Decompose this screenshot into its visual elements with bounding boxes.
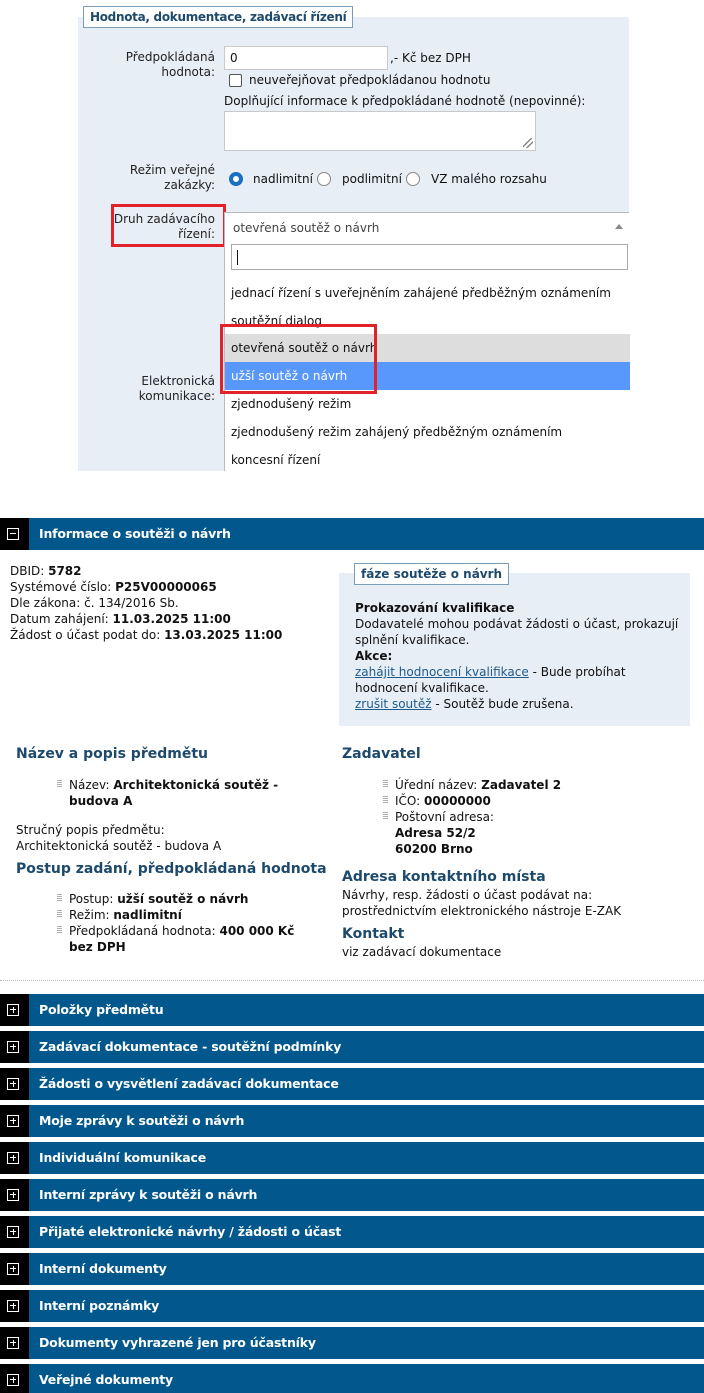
actions-label: Akce:	[355, 648, 690, 664]
phase-title: Prokazování kvalifikace	[355, 600, 690, 616]
highlight-box-label	[111, 204, 226, 247]
procedure-type-selected-value: otevřená soutěž o návrh	[233, 221, 379, 235]
expand-toggle[interactable]	[0, 1179, 29, 1211]
hide-value-checkbox[interactable]	[229, 74, 242, 87]
expand-toggle[interactable]	[0, 1031, 29, 1063]
section-header[interactable]: Žádosti o vysvětlení zadávací dokumentac…	[0, 1068, 704, 1100]
contact-point-heading: Adresa kontaktního místa	[342, 869, 546, 885]
subject-name-item: Název: Architektonická soutěž - budova A	[69, 777, 329, 809]
bullet-icon	[383, 812, 388, 820]
expand-toggle[interactable]	[0, 1290, 29, 1322]
section-title[interactable]: Interní dokumenty	[39, 1261, 167, 1276]
section-title[interactable]: Interní poznámky	[39, 1298, 159, 1313]
estimated-value-label: Předpokládanáhodnota:	[110, 50, 215, 80]
fieldset-legend: Hodnota, dokumentace, zadávací řízení	[83, 6, 353, 28]
section-title[interactable]: Položky předmětu	[39, 1002, 163, 1017]
text-caret	[237, 250, 238, 265]
estimated-value-input[interactable]	[224, 46, 388, 70]
plus-icon	[7, 1041, 19, 1053]
short-description: Stručný popis předmětu: Architektonická …	[16, 822, 221, 854]
section-title[interactable]: Moje zprávy k soutěži o návrh	[39, 1113, 244, 1128]
section-header[interactable]: Moje zprávy k soutěži o návrh	[0, 1105, 704, 1137]
expand-toggle[interactable]	[0, 1142, 29, 1174]
bullet-icon	[383, 780, 388, 788]
section-title[interactable]: Zadávací dokumentace - soutěžní podmínky	[39, 1039, 341, 1054]
plus-icon	[7, 1152, 19, 1164]
regime-radio-nadlimitni[interactable]	[229, 172, 243, 186]
plus-icon	[7, 1189, 19, 1201]
highlight-box-options	[220, 324, 377, 394]
law-text: Dle zákona: č. 134/2016 Sb.	[10, 595, 282, 611]
estimated-value-item: Předpokládaná hodnota: 400 000 Kč bez DP…	[69, 923, 321, 955]
plus-icon	[7, 1374, 19, 1386]
section-header[interactable]: Přijaté elektronické návrhy / žádosti o …	[0, 1216, 704, 1248]
divider	[0, 980, 704, 981]
section-title[interactable]: Veřejné dokumenty	[39, 1372, 173, 1387]
section-header-info[interactable]: Informace o soutěži o návrh	[0, 518, 704, 550]
start-qualification-evaluation-link[interactable]: zahájit hodnocení kvalifikace	[355, 665, 529, 679]
procedure-item: Postup: užší soutěž o návrh	[69, 891, 329, 907]
deadline-value: 13.03.2025 11:00	[164, 628, 282, 642]
currency-suffix: ,- Kč bez DPH	[390, 51, 471, 65]
plus-icon	[7, 1300, 19, 1312]
plus-icon	[7, 1004, 19, 1016]
section-title[interactable]: Žádosti o vysvětlení zadávací dokumentac…	[39, 1076, 339, 1091]
plus-icon	[7, 1337, 19, 1349]
section-header[interactable]: Interní zprávy k soutěži o návrh	[0, 1179, 704, 1211]
expand-toggle[interactable]	[0, 1253, 29, 1285]
regime-option-label[interactable]: VZ malého rozsahu	[431, 172, 547, 186]
regime-radio-podlimitni[interactable]	[317, 172, 331, 186]
section-header[interactable]: Položky předmětu	[0, 994, 704, 1026]
plus-icon	[7, 1226, 19, 1238]
contact-point-text: Návrhy, resp. žádosti o účast podávat na…	[342, 887, 621, 919]
postal-address-item: Poštovní adresa: Adresa 52/2 60200 Brno	[395, 809, 695, 857]
expand-toggle[interactable]	[0, 994, 29, 1026]
section-title[interactable]: Přijaté elektronické návrhy / žádosti o …	[39, 1224, 341, 1239]
phase-legend: fáze soutěže o návrh	[354, 563, 509, 585]
collapse-toggle[interactable]	[0, 518, 29, 550]
section-title[interactable]: Interní zprávy k soutěži o návrh	[39, 1187, 257, 1202]
authority-heading: Zadavatel	[342, 746, 421, 762]
bullet-icon	[57, 780, 62, 788]
bullet-icon	[57, 894, 62, 902]
section-title[interactable]: Informace o soutěži o návrh	[39, 526, 231, 541]
expand-toggle[interactable]	[0, 1327, 29, 1359]
bullet-icon	[57, 910, 62, 918]
contest-meta: DBID: 5782 Systémové číslo: P25V00000065…	[10, 563, 282, 643]
ico-item: IČO: 00000000	[395, 793, 695, 809]
regime-label: Režim veřejnézakázky:	[110, 163, 215, 193]
start-date-value: 11.03.2025 11:00	[113, 612, 231, 626]
procedure-heading: Postup zadání, předpokládaná hodnota	[16, 861, 327, 877]
phase-body: Prokazování kvalifikace Dodavatelé mohou…	[355, 600, 690, 712]
dropdown-option[interactable]: koncesní řízení	[225, 446, 630, 474]
section-header[interactable]: Zadávací dokumentace - soutěžní podmínky	[0, 1031, 704, 1063]
dropdown-option[interactable]: zjednodušený režim	[225, 390, 630, 418]
minus-icon	[7, 528, 19, 540]
bullet-icon	[57, 926, 62, 934]
section-header[interactable]: Veřejné dokumenty	[0, 1364, 704, 1393]
expand-toggle[interactable]	[0, 1364, 29, 1393]
electronic-communication-label: Elektronickákomunikace:	[110, 374, 215, 404]
hide-value-checkbox-label[interactable]: neuveřejňovat předpokládanou hodnotu	[249, 73, 490, 87]
regime-option-label[interactable]: podlimitní	[342, 172, 402, 186]
plus-icon	[7, 1115, 19, 1127]
plus-icon	[7, 1078, 19, 1090]
plus-icon	[7, 1263, 19, 1275]
expand-toggle[interactable]	[0, 1216, 29, 1248]
dropdown-option[interactable]: zjednodušený režim zahájený předběžným o…	[225, 418, 630, 446]
section-title[interactable]: Dokumenty vyhrazené jen pro účastníky	[39, 1335, 316, 1350]
chevron-up-icon[interactable]	[615, 224, 623, 229]
phase-description: Dodavatelé mohou podávat žádosti o účast…	[355, 616, 690, 648]
system-number-value: P25V00000065	[115, 580, 217, 594]
contact-heading: Kontakt	[342, 926, 404, 942]
section-title[interactable]: Individuální komunikace	[39, 1150, 206, 1165]
official-name-item: Úřední název: Zadavatel 2	[395, 777, 695, 793]
expand-toggle[interactable]	[0, 1105, 29, 1137]
regime-item: Režim: nadlimitní	[69, 907, 329, 923]
dbid-value: 5782	[48, 564, 81, 578]
bullet-icon	[383, 796, 388, 804]
procedure-search-input[interactable]	[231, 244, 628, 270]
subject-heading: Název a popis předmětu	[16, 746, 208, 762]
section-header[interactable]: Interní poznámky	[0, 1290, 704, 1322]
dropdown-option[interactable]: jednací řízení s uveřejněním zahájené př…	[225, 279, 630, 307]
procedure-type-select[interactable]: otevřená soutěž o návrh	[224, 212, 629, 242]
section-header[interactable]: Dokumenty vyhrazené jen pro účastníky	[0, 1327, 704, 1359]
section-header[interactable]: Interní dokumenty	[0, 1253, 704, 1285]
section-header[interactable]: Individuální komunikace	[0, 1142, 704, 1174]
expand-toggle[interactable]	[0, 1068, 29, 1100]
extra-info-textarea[interactable]	[224, 111, 536, 151]
cancel-contest-link[interactable]: zrušit soutěž	[355, 697, 432, 711]
resize-grip-icon[interactable]	[523, 138, 533, 148]
contact-text: viz zadávací dokumentace	[342, 944, 501, 960]
regime-radio-small[interactable]	[406, 172, 420, 186]
extra-info-label: Doplňující informace k předpokládané hod…	[224, 94, 585, 108]
regime-option-label[interactable]: nadlimitní	[253, 172, 313, 186]
